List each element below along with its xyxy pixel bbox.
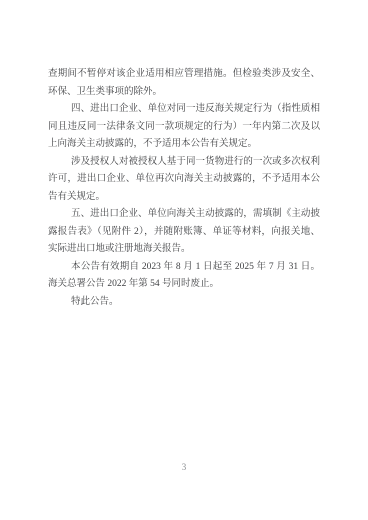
text-line: 海关总署公告 2022 年第 54 号同时废止。 [48,276,320,294]
text-line: 露报告表》（见附件 2），并随附账簿、单证等材料，向报关地、 [48,224,320,242]
text-line: 上向海关主动披露的，不予适用本公告有关规定。 [48,136,320,154]
text-line: 四、进出口企业、单位对同一违反海关规定行为（指性质相 [48,101,320,119]
text-line: 本公告有效期自 2023 年 8 月 1 日起至 2025 年 7 月 31 日… [48,259,320,277]
text-line: 实际进出口地或注册地海关报告。 [48,241,320,259]
text-line: 环保、卫生类事项的除外。 [48,84,320,102]
text-line: 查期间不暂停对该企业适用相应管理措施。但检验类涉及安全、 [48,66,320,84]
text-line: 同且违反同一法律条文同一款项规定的行为）一年内第二次及以 [48,119,320,137]
text-line: 五、进出口企业、单位向海关主动披露的，需填制《主动披 [48,206,320,224]
text-line: 特此公告。 [48,294,320,312]
text-line: 涉及授权人对被授权人基于同一货物进行的一次或多次权利 [48,154,320,172]
document-body-text: 查期间不暂停对该企业适用相应管理措施。但检验类涉及安全、 环保、卫生类事项的除外… [48,66,320,311]
text-line: 告有关规定。 [48,189,320,207]
document-page: 查期间不暂停对该企业适用相应管理措施。但检验类涉及安全、 环保、卫生类事项的除外… [0,0,368,520]
page-number: 3 [0,461,368,473]
text-line: 许可，进出口企业、单位再次向海关主动披露的，不予适用本公 [48,171,320,189]
